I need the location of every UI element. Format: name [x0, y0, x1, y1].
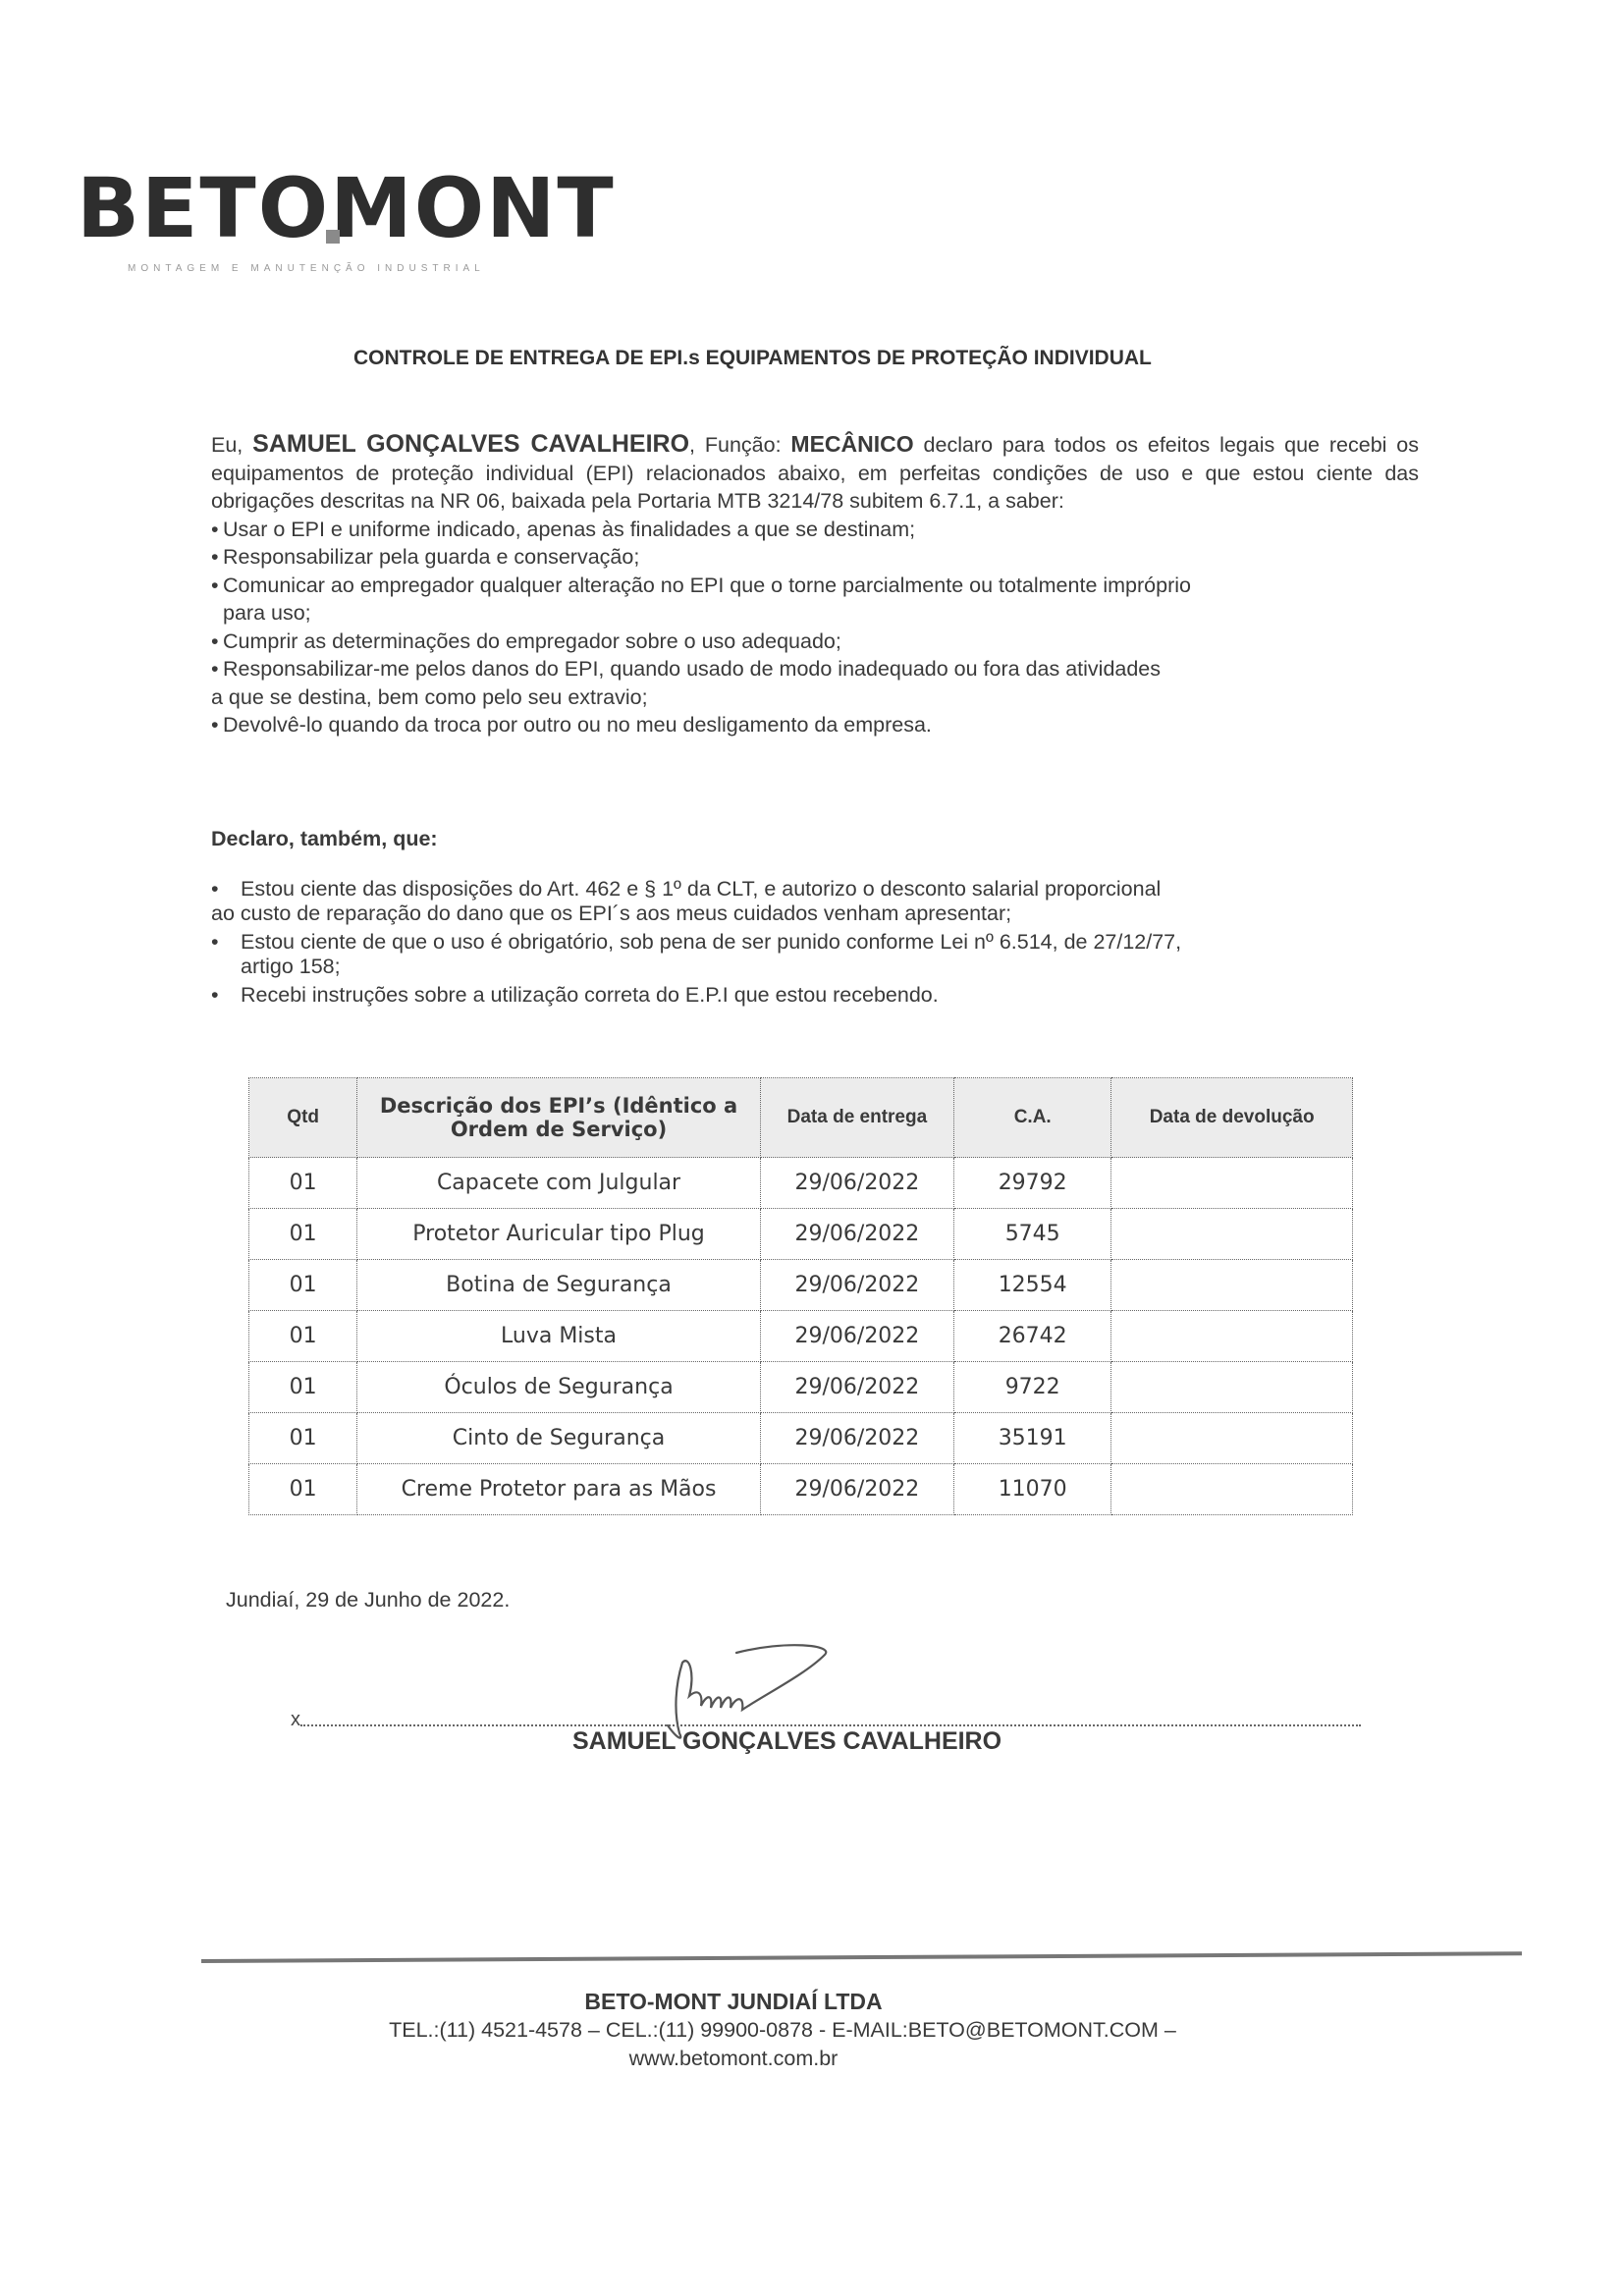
- bullet-icon: •: [211, 628, 223, 656]
- signer-name: SAMUEL GONÇALVES CAVALHEIRO: [572, 1727, 1001, 1756]
- bullet-icon: •: [211, 516, 223, 544]
- logo-square-icon: [326, 230, 340, 244]
- cell-qtd: 01: [249, 1209, 357, 1260]
- cell-return-date: [1111, 1464, 1353, 1515]
- declaration-item: •Estou ciente de que o uso é obrigatório…: [211, 930, 1419, 979]
- company-logo: BETOMONT: [77, 167, 616, 249]
- bullet-icon: •: [211, 655, 223, 683]
- table-row: 01Luva Mista29/06/202226742: [249, 1311, 1353, 1362]
- cell-description: Capacete com Julgular: [357, 1158, 760, 1209]
- declaration-item: •Estou ciente das disposições do Art. 46…: [211, 877, 1419, 926]
- company-tagline: Montagem e Manutenção Industrial: [128, 263, 485, 274]
- obligation-item: •Responsabilizar pela guarda e conservaç…: [211, 543, 1419, 572]
- cell-ca: 26742: [954, 1311, 1111, 1362]
- cell-return-date: [1111, 1413, 1353, 1464]
- cell-ca: 5745: [954, 1209, 1111, 1260]
- cell-qtd: 01: [249, 1413, 357, 1464]
- cell-delivery-date: 29/06/2022: [760, 1260, 953, 1311]
- table-row: 01Capacete com Julgular29/06/202229792: [249, 1158, 1353, 1209]
- cell-qtd: 01: [249, 1260, 357, 1311]
- cell-description: Luva Mista: [357, 1311, 760, 1362]
- declaration-body: Eu, SAMUEL GONÇALVES CAVALHEIRO, Função:…: [211, 430, 1419, 739]
- cell-qtd: 01: [249, 1158, 357, 1209]
- cell-delivery-date: 29/06/2022: [760, 1362, 953, 1413]
- signature-x-mark: x: [291, 1709, 300, 1731]
- cell-description: Botina de Segurança: [357, 1260, 760, 1311]
- cell-description: Óculos de Segurança: [357, 1362, 760, 1413]
- cell-qtd: 01: [249, 1362, 357, 1413]
- declaration-item: •Recebi instruções sobre a utilização co…: [211, 983, 1419, 1008]
- place-and-date: Jundiaí, 29 de Junho de 2022.: [226, 1588, 510, 1613]
- cell-description: Protetor Auricular tipo Plug: [357, 1209, 760, 1260]
- bullet-icon: •: [211, 711, 223, 739]
- obligation-item: •Devolvê-lo quando da troca por outro ou…: [211, 711, 1419, 739]
- header-description: Descrição dos EPI’s (Idêntico a Ordem de…: [357, 1078, 760, 1158]
- cell-return-date: [1111, 1158, 1353, 1209]
- employee-role: MECÂNICO: [790, 431, 913, 457]
- bullet-icon: •: [211, 543, 223, 572]
- table-row: 01Creme Protetor para as Mãos29/06/20221…: [249, 1464, 1353, 1515]
- signature-line: [300, 1724, 1361, 1726]
- cell-return-date: [1111, 1209, 1353, 1260]
- intro-paragraph: Eu, SAMUEL GONÇALVES CAVALHEIRO, Função:…: [211, 430, 1419, 516]
- table-row: 01Protetor Auricular tipo Plug29/06/2022…: [249, 1209, 1353, 1260]
- cell-ca: 29792: [954, 1158, 1111, 1209]
- declaration-heading: Declaro, também, que:: [211, 827, 438, 851]
- bullet-icon: •: [211, 930, 241, 955]
- cell-return-date: [1111, 1260, 1353, 1311]
- footer-website: www.betomont.com.br: [0, 2045, 1624, 2072]
- epi-table: Qtd Descrição dos EPI’s (Idêntico a Orde…: [248, 1077, 1353, 1515]
- footer-divider: [201, 1951, 1522, 1963]
- cell-return-date: [1111, 1362, 1353, 1413]
- header-delivery-date: Data de entrega: [760, 1078, 953, 1158]
- logo-text-right: ONT: [414, 160, 616, 256]
- declaration-list: •Estou ciente das disposições do Art. 46…: [211, 877, 1419, 1011]
- cell-delivery-date: 29/06/2022: [760, 1413, 953, 1464]
- document-title: CONTROLE DE ENTREGA DE EPI.s EQUIPAMENTO…: [353, 347, 1152, 370]
- cell-return-date: [1111, 1311, 1353, 1362]
- bullet-icon: •: [211, 877, 241, 902]
- table-row: 01Cinto de Segurança29/06/202235191: [249, 1413, 1353, 1464]
- cell-delivery-date: 29/06/2022: [760, 1209, 953, 1260]
- table-row: 01Botina de Segurança29/06/202212554: [249, 1260, 1353, 1311]
- table-row: 01Óculos de Segurança29/06/20229722: [249, 1362, 1353, 1413]
- bullet-icon: •: [211, 572, 223, 600]
- cell-delivery-date: 29/06/2022: [760, 1311, 953, 1362]
- header-return-date: Data de devolução: [1111, 1078, 1353, 1158]
- cell-delivery-date: 29/06/2022: [760, 1158, 953, 1209]
- bullet-icon: •: [211, 983, 241, 1008]
- footer-contact: TEL.:(11) 4521-4578 – CEL.:(11) 99900-08…: [0, 2015, 1624, 2045]
- cell-ca: 12554: [954, 1260, 1111, 1311]
- obligation-item: •Usar o EPI e uniforme indicado, apenas …: [211, 516, 1419, 544]
- header-qtd: Qtd: [249, 1078, 357, 1158]
- cell-ca: 35191: [954, 1413, 1111, 1464]
- employee-name: SAMUEL GONÇALVES CAVALHEIRO: [252, 430, 689, 458]
- cell-description: Cinto de Segurança: [357, 1413, 760, 1464]
- header-ca: C.A.: [954, 1078, 1111, 1158]
- footer-company-name: BETO-MONT JUNDIAÍ LTDA: [0, 1988, 1624, 2015]
- cell-qtd: 01: [249, 1464, 357, 1515]
- obligation-item: •Responsabilizar-me pelos danos do EPI, …: [211, 655, 1419, 711]
- obligation-item: •Comunicar ao empregador qualquer altera…: [211, 572, 1419, 628]
- cell-description: Creme Protetor para as Mãos: [357, 1464, 760, 1515]
- obligation-item: •Cumprir as determinações do empregador …: [211, 628, 1419, 656]
- table-header-row: Qtd Descrição dos EPI’s (Idêntico a Orde…: [249, 1078, 1353, 1158]
- cell-ca: 9722: [954, 1362, 1111, 1413]
- company-footer: BETO-MONT JUNDIAÍ LTDA TEL.:(11) 4521-45…: [0, 1988, 1624, 2072]
- cell-delivery-date: 29/06/2022: [760, 1464, 953, 1515]
- cell-ca: 11070: [954, 1464, 1111, 1515]
- cell-qtd: 01: [249, 1311, 357, 1362]
- obligations-list: •Usar o EPI e uniforme indicado, apenas …: [211, 516, 1419, 739]
- logo-text-left: BETO: [77, 160, 330, 256]
- logo-m-glyph: M: [330, 167, 414, 249]
